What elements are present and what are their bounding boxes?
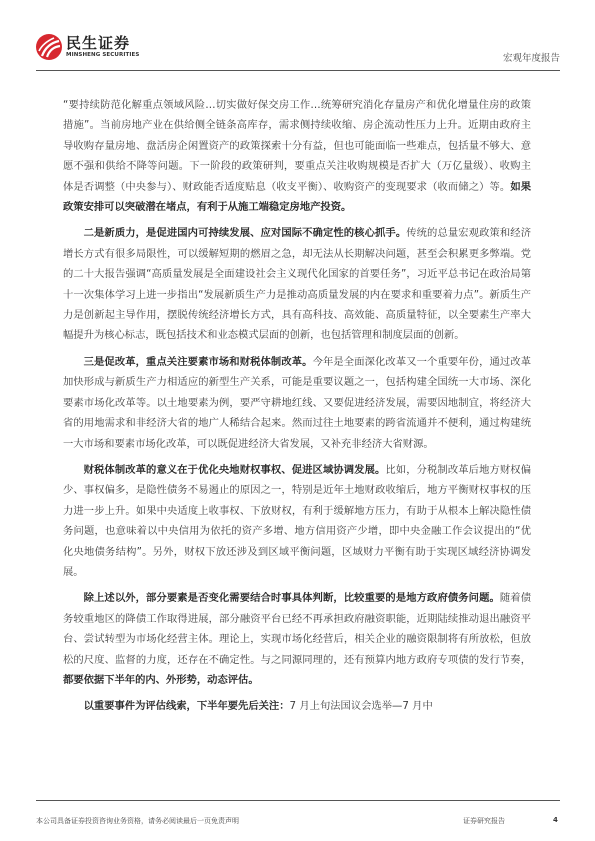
emphasis-text: 财税体制改革的意义在于优化央地财权事权、促进区域协调发展。: [84, 464, 386, 476]
brand-logo: 民生证券 MINSHENG SECURITIES: [36, 34, 139, 60]
footer-doc-type: 证券研究报告: [463, 816, 505, 826]
body-paragraph: 财税体制改革的意义在于优化央地财权事权、促进区域协调发展。比如，分税制改革后地方…: [63, 460, 531, 582]
page-number: 4: [553, 816, 558, 824]
footer-disclaimer: 本公司具备证券投资咨询业务资格，请务必阅读最后一页免责声明: [36, 816, 239, 826]
logo-mark-icon: [36, 34, 62, 60]
page-footer: 本公司具备证券投资咨询业务资格，请务必阅读最后一页免责声明 证券研究报告 4: [36, 800, 560, 801]
body-text: 传统的总量宏观政策和经济增长方式有很多局限性，可以缓解短期的燃眉之急，却无法从长…: [63, 227, 531, 341]
emphasis-text: 二是新质力，是促进国内可持续发展、应对国际不确定性的核心抓手。: [84, 227, 407, 239]
body-paragraph: 三是促改革，重点关注要素市场和财税体制改革。今年是全面深化改革又一个重要年份，通…: [63, 352, 531, 454]
body-text: 比如，分税制改革后地方财权偏少、事权偏多，是隐性债务不易遏止的原因之一，特别是近…: [63, 464, 531, 578]
brand-name-cn: 民生证券: [66, 36, 139, 51]
body-paragraph: 除上述以外，部分要素是否变化需要结合时事具体判断，比较重要的是地方政府债务问题。…: [63, 588, 531, 690]
emphasis-text: 以重要事件为评估线索，下半年要先后关注：: [84, 700, 290, 712]
body-text: “要持续防范化解重点领域风险…切实做好保交房工作…统筹研究消化存量房产和优化增量…: [63, 99, 531, 193]
body-text: 今年是全面深化改革又一个重要年份，通过改革加快形成与新质生产力相适应的新型生产关…: [63, 356, 531, 450]
report-type-label: 宏观年度报告: [503, 50, 560, 64]
emphasis-text: 除上述以外，部分要素是否变化需要结合时事具体判断，比较重要的是地方政府债务问题。: [84, 592, 500, 604]
body-text: 7 月上旬法国议会选举—7 月中: [290, 700, 433, 712]
page-header: 民生证券 MINSHENG SECURITIES 宏观年度报告: [36, 26, 560, 71]
brand-name-en: MINSHENG SECURITIES: [66, 53, 139, 59]
emphasis-text: 三是促改革，重点关注要素市场和财税体制改革。: [84, 356, 313, 368]
report-body: “要持续防范化解重点领域风险…切实做好保交房工作…统筹研究消化存量房产和优化增量…: [63, 95, 531, 723]
body-paragraph: “要持续防范化解重点领域风险…切实做好保交房工作…统筹研究消化存量房产和优化增量…: [63, 95, 531, 217]
body-paragraph: 二是新质力，是促进国内可持续发展、应对国际不确定性的核心抓手。传统的总量宏观政策…: [63, 223, 531, 345]
body-paragraph: 以重要事件为评估线索，下半年要先后关注：7 月上旬法国议会选举—7 月中: [63, 696, 531, 716]
emphasis-text: 都要依据下半年的内、外形势，动态评估。: [63, 674, 259, 686]
